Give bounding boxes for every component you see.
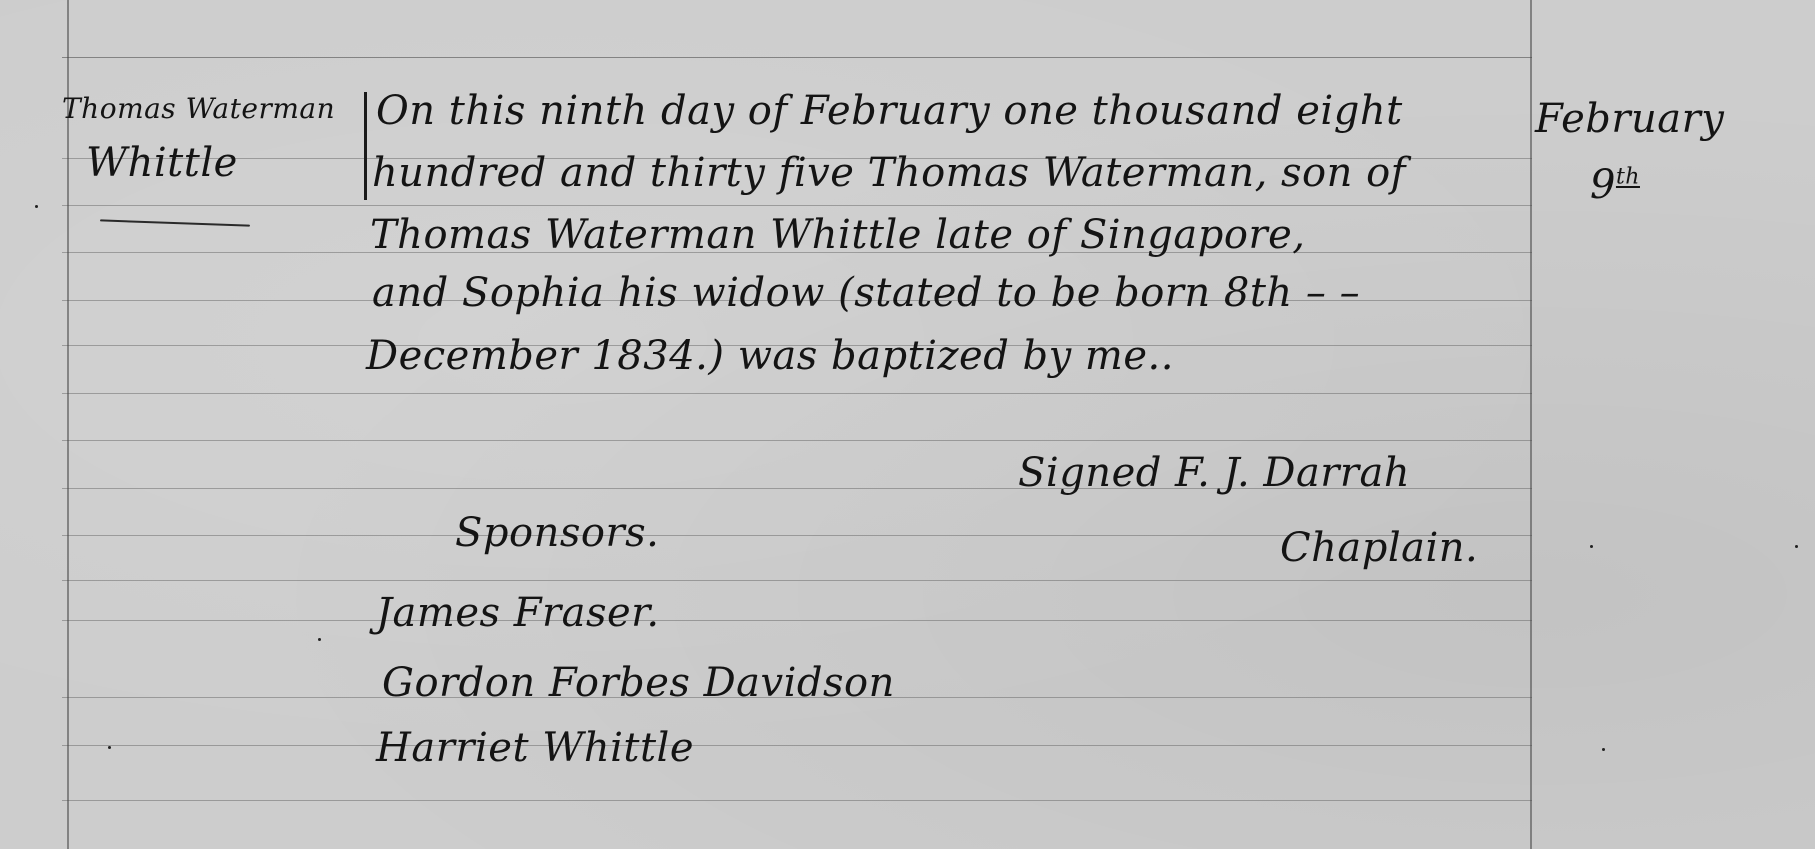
entry-line-3: Thomas Waterman Whittle late of Singapor… [370,212,1305,258]
entry-line-4: and Sophia his widow (stated to be born … [372,270,1360,316]
entry-line-5: December 1834.) was baptized by me.. [366,333,1174,379]
sponsor-name: James Fraser. [376,590,660,636]
ruled-line [62,745,1532,746]
ruled-line [62,620,1532,621]
ruled-line [62,440,1532,441]
left-margin-rule [67,0,69,849]
sponsors-heading: Sponsors. [455,510,659,556]
paper-speck [318,638,321,641]
sponsor-name: Gordon Forbes Davidson [382,660,895,706]
ruled-line [62,580,1532,581]
paper-speck [1590,545,1593,548]
child-name-line1: Thomas Waterman [62,92,335,125]
entry-line-2: hundred and thirty five Thomas Waterman,… [372,150,1406,196]
ruled-line [62,205,1532,206]
sponsor-name: Harriet Whittle [376,725,694,771]
date-column-rule [1530,0,1532,849]
signature-line: Signed F. J. Darrah [1018,450,1410,496]
entry-line-1: On this ninth day of February one thousa… [376,88,1403,134]
paper-speck [108,746,111,749]
register-page: Thomas Waterman Whittle On this ninth da… [0,0,1815,849]
signature-title: Chaplain. [1280,525,1478,571]
ruled-line [62,393,1532,394]
top-rule [62,57,1532,58]
entry-brace [364,92,371,200]
child-name-line2: Whittle [86,140,238,186]
baptism-month: February [1535,96,1724,142]
ruled-line [62,800,1532,801]
baptism-day-wrap: 9th [1590,162,1640,208]
baptism-day-suffix: th [1616,165,1640,190]
paper-speck [35,205,38,208]
paper-speck [1795,545,1798,548]
name-underline [100,219,250,226]
baptism-day: 9 [1590,162,1616,208]
paper-speck [1602,748,1605,751]
